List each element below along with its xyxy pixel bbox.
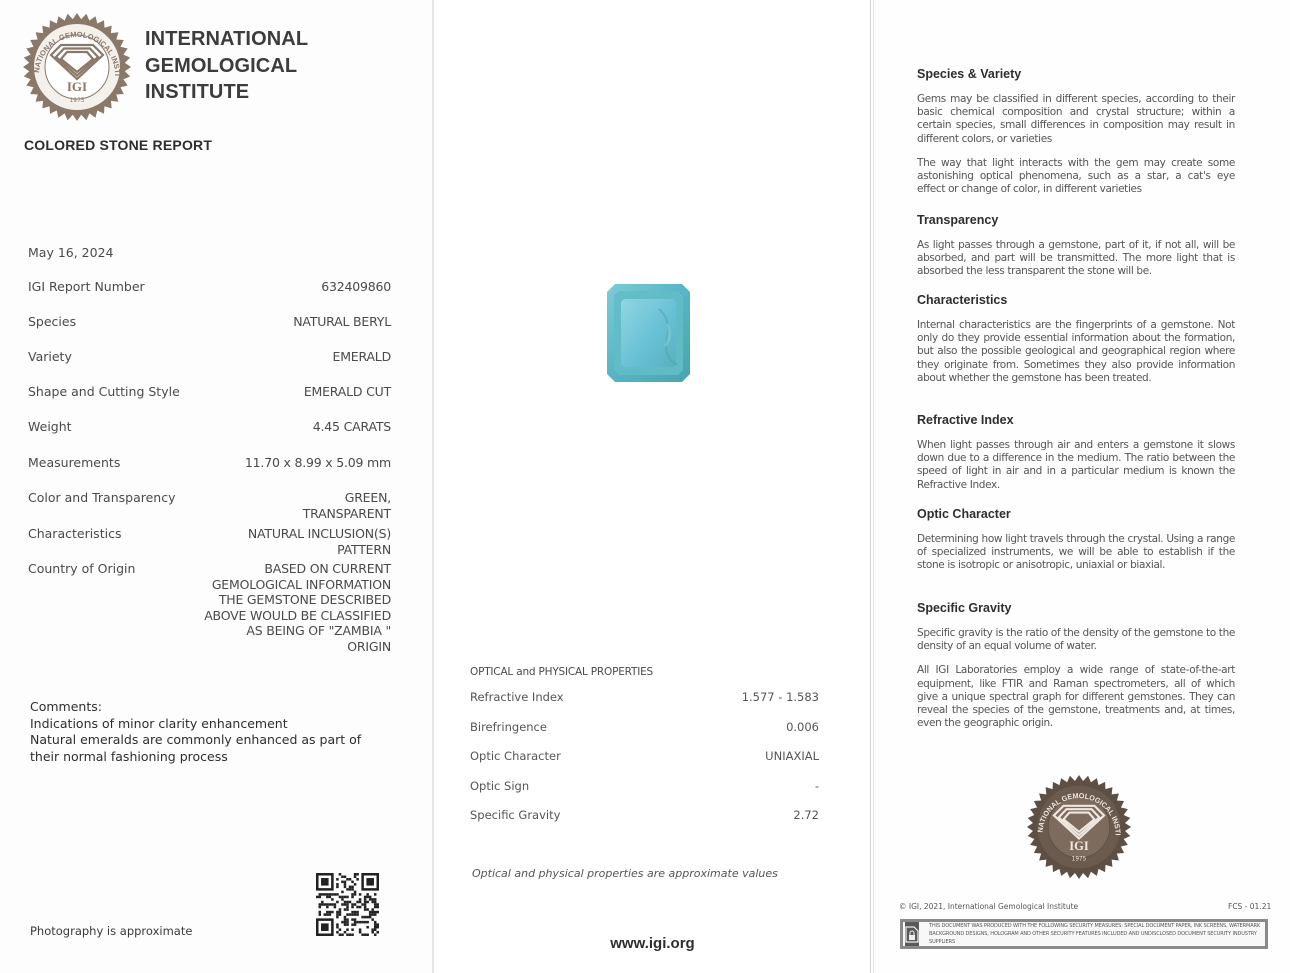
svg-text:IGI: IGI <box>1069 839 1089 853</box>
qr-code-icon[interactable] <box>316 873 379 936</box>
photography-note: Photography is approximate <box>30 924 192 938</box>
property-label: Birefringence <box>470 720 547 734</box>
website-link[interactable]: www.igi.org <box>434 935 871 952</box>
info-section: Optic CharacterDetermining how light tra… <box>917 507 1235 584</box>
field-label: Shape and Cutting Style <box>28 384 180 400</box>
igi-seal-icon: INTERNATIONAL GEMOLOGICAL INSTITUTEIGI19… <box>22 12 132 122</box>
report-field-row: VarietyEMERALD <box>28 349 391 365</box>
info-paragraph: Gems may be classified in different spec… <box>917 93 1235 146</box>
property-row: Optic CharacterUNIAXIAL <box>470 749 819 763</box>
report-type-title: COLORED STONE REPORT <box>24 137 212 153</box>
field-label: Country of Origin <box>28 561 135 654</box>
info-section: Specific GravitySpecific gravity is the … <box>917 601 1235 741</box>
copyright-text: © IGI, 2021, International Gemological I… <box>899 902 1078 911</box>
comment-line: their normal fashioning process <box>30 749 410 766</box>
report-panel-middle <box>434 0 871 973</box>
report-field-row: Weight4.45 CARATS <box>28 419 391 435</box>
report-field-row: Color and TransparencyGREEN, TRANSPARENT <box>28 490 391 521</box>
info-section: Refractive IndexWhen light passes throug… <box>917 413 1235 503</box>
report-field-row: CharacteristicsNATURAL INCLUSION(S) PATT… <box>28 526 391 557</box>
info-section-title: Transparency <box>917 213 1235 227</box>
field-value: 11.70 x 8.99 x 5.09 mm <box>245 455 391 471</box>
comment-line: Natural emeralds are commonly enhanced a… <box>30 732 410 749</box>
info-paragraph: As light passes through a gemstone, part… <box>917 239 1235 279</box>
property-value: 0.006 <box>786 720 819 734</box>
property-value: UNIAXIAL <box>765 749 819 763</box>
form-code: FCS - 01.21 <box>1228 902 1271 911</box>
info-paragraph: Specific gravity is the ratio of the den… <box>917 627 1235 653</box>
comment-line: Indications of minor clarity enhancement <box>30 716 410 733</box>
property-label: Specific Gravity <box>470 808 560 822</box>
security-text: This document was produced with the foll… <box>919 922 1265 946</box>
field-label: Species <box>28 314 76 330</box>
property-value: 2.72 <box>793 808 819 822</box>
info-section: CharacteristicsInternal characteristics … <box>917 293 1235 396</box>
report-field-row: Country of OriginBASED ON CURRENT GEMOLO… <box>28 561 391 654</box>
comments-block: Comments: Indications of minor clarity e… <box>30 699 410 765</box>
info-section-title: Characteristics <box>917 293 1235 307</box>
field-label: Characteristics <box>28 526 121 557</box>
property-value: - <box>815 779 819 793</box>
property-row: Birefringence0.006 <box>470 720 819 734</box>
field-value: EMERALD CUT <box>304 384 391 400</box>
org-name-line: INSTITUTE <box>145 79 308 106</box>
emerald-gem-photo <box>607 284 690 382</box>
info-paragraph: All IGI Laboratories employ a wide range… <box>917 664 1235 730</box>
org-name-line: GEMOLOGICAL <box>145 53 308 80</box>
svg-text:IGI: IGI <box>67 79 87 94</box>
panel-fold-divider <box>432 0 434 973</box>
info-paragraph: Internal characteristics are the fingerp… <box>917 319 1235 385</box>
report-field-row: IGI Report Number632409860 <box>28 279 391 295</box>
report-field-row: Measurements11.70 x 8.99 x 5.09 mm <box>28 455 391 471</box>
property-row: Optic Sign- <box>470 779 819 793</box>
field-label: Variety <box>28 349 72 365</box>
panel-fold-divider <box>870 0 871 973</box>
field-value: GREEN, TRANSPARENT <box>303 490 391 521</box>
info-section-title: Optic Character <box>917 507 1235 521</box>
comments-heading: Comments: <box>30 699 410 716</box>
info-paragraph: The way that light interacts with the ge… <box>917 157 1235 197</box>
igi-seal-icon: INTERNATIONAL GEMOLOGICAL INSTITUTEIGI19… <box>1026 774 1132 880</box>
report-field-row: SpeciesNATURAL BERYL <box>28 314 391 330</box>
info-section: Species & VarietyGems may be classified … <box>917 67 1235 207</box>
properties-note: Optical and physical properties are appr… <box>472 867 778 880</box>
info-section-title: Specific Gravity <box>917 601 1235 615</box>
property-value: 1.577 - 1.583 <box>742 690 819 704</box>
report-date: May 16, 2024 <box>28 245 113 260</box>
security-notice: This document was produced with the foll… <box>900 919 1268 949</box>
info-section: TransparencyAs light passes through a ge… <box>917 213 1235 290</box>
property-label: Optic Character <box>470 749 561 763</box>
panel-fold-divider <box>873 0 874 973</box>
field-value: NATURAL BERYL <box>293 314 391 330</box>
field-label: Weight <box>28 419 72 435</box>
secure-document-icon <box>905 922 919 946</box>
info-section-title: Species & Variety <box>917 67 1235 81</box>
info-section-title: Refractive Index <box>917 413 1235 427</box>
property-label: Refractive Index <box>470 690 564 704</box>
svg-text:1975: 1975 <box>69 97 84 104</box>
property-label: Optic Sign <box>470 779 529 793</box>
field-value: NATURAL INCLUSION(S) PATTERN <box>248 526 391 557</box>
field-value: EMERALD <box>333 349 392 365</box>
field-value: BASED ON CURRENT GEMOLOGICAL INFORMATION… <box>204 561 391 654</box>
field-label: Measurements <box>28 455 120 471</box>
properties-title: OPTICAL and PHYSICAL PROPERTIES <box>470 666 653 678</box>
field-label: IGI Report Number <box>28 279 145 295</box>
info-paragraph: When light passes through air and enters… <box>917 439 1235 492</box>
info-paragraph: Determining how light travels through th… <box>917 533 1235 573</box>
property-row: Specific Gravity2.72 <box>470 808 819 822</box>
field-value: 632409860 <box>321 279 391 295</box>
report-field-row: Shape and Cutting StyleEMERALD CUT <box>28 384 391 400</box>
field-value: 4.45 CARATS <box>313 419 391 435</box>
organization-name: INTERNATIONAL GEMOLOGICAL INSTITUTE <box>145 26 308 106</box>
org-name-line: INTERNATIONAL <box>145 26 308 53</box>
property-row: Refractive Index1.577 - 1.583 <box>470 690 819 704</box>
field-label: Color and Transparency <box>28 490 175 521</box>
svg-text:1975: 1975 <box>1072 857 1087 863</box>
